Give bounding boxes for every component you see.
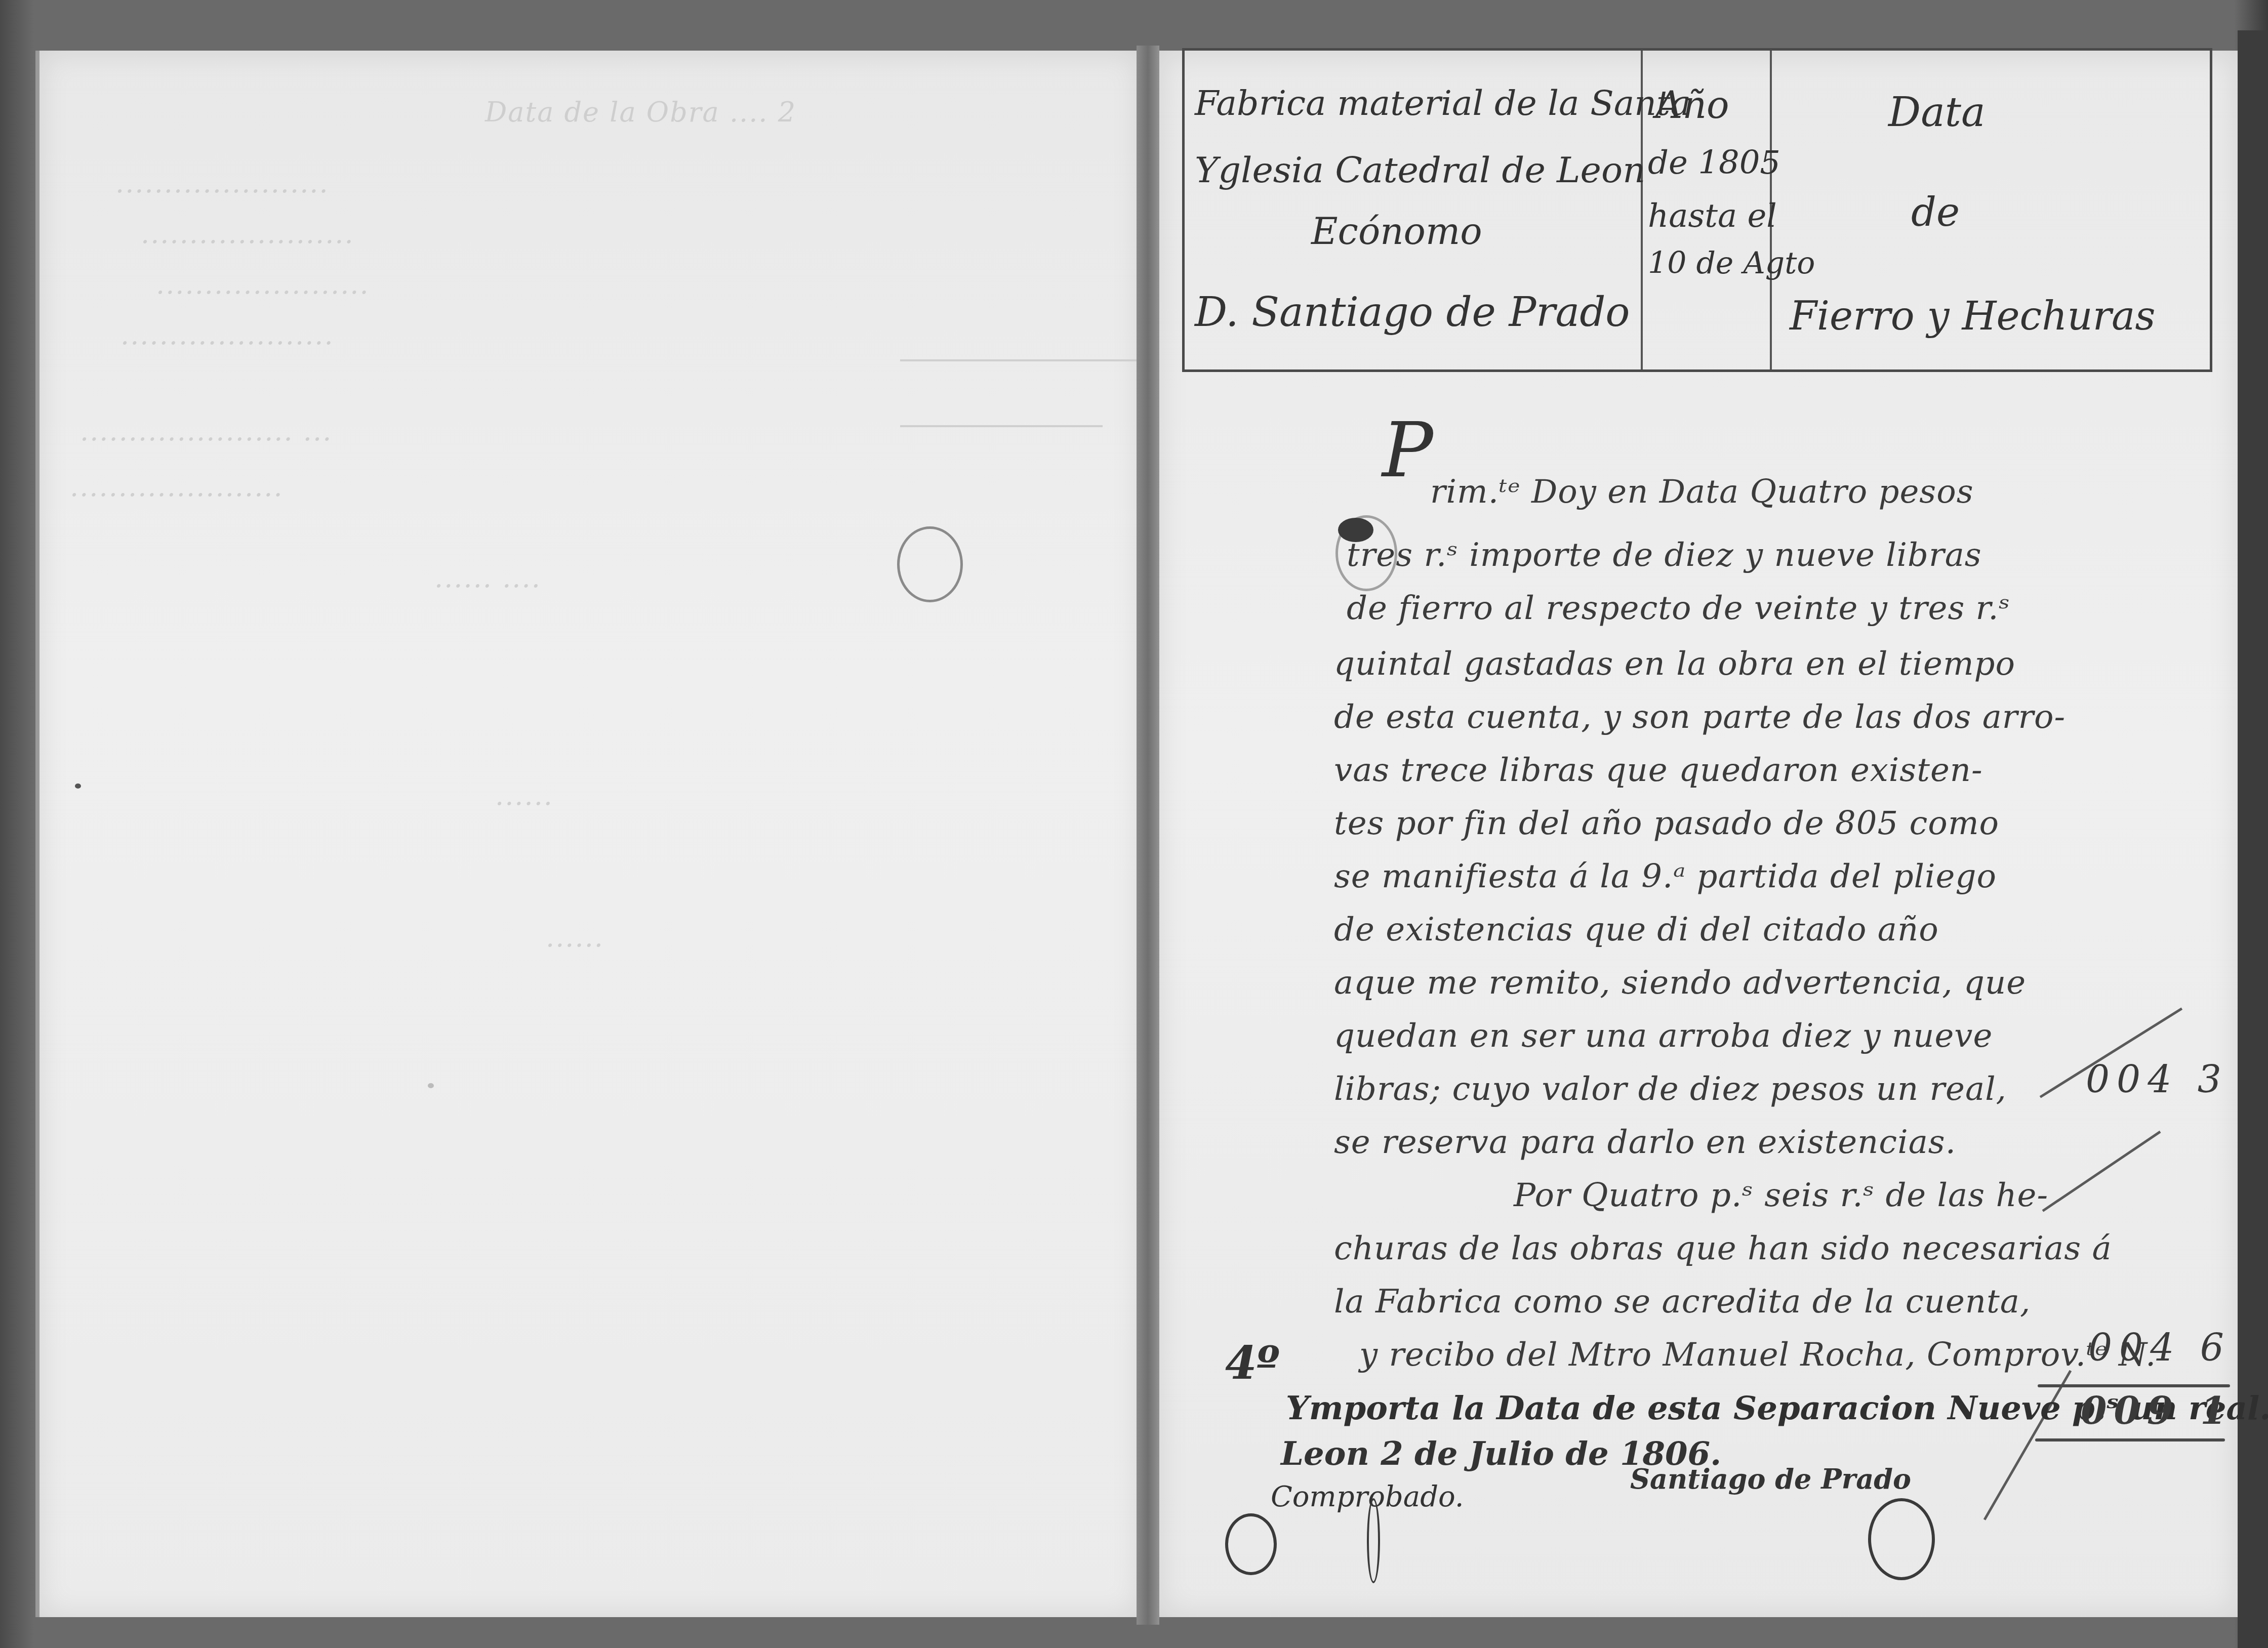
signature-rubric bbox=[1868, 1498, 1935, 1580]
period-line: hasta el bbox=[1648, 197, 1777, 235]
rubric-flourish bbox=[1225, 1513, 1277, 1575]
entry-1-line: de fierro al respecto de veinte y tres r… bbox=[1347, 590, 2010, 627]
signature: Santiago de Prado bbox=[1630, 1463, 1911, 1495]
entry-1-line: tres r.ˢ importe de diez y nueve libras bbox=[1347, 537, 1982, 574]
entry-2-line: churas de las obras que han sido necesar… bbox=[1334, 1230, 2112, 1267]
entry-1-line: quintal gastadas en la obra en el tiempo bbox=[1334, 645, 2015, 683]
entry-1-line: libras; cuyo valor de diez pesos un real… bbox=[1334, 1070, 2007, 1108]
header-cell-period: Año de 1805 hasta el 10 de Agto bbox=[1643, 51, 1772, 369]
institution-line: Fabrica material de la Santa bbox=[1195, 84, 1691, 123]
paper-hole-mark bbox=[897, 526, 963, 602]
section-title: Fierro y Hechuras bbox=[1790, 294, 2156, 339]
entry-1-line: de esta cuenta, y son parte de las dos a… bbox=[1334, 698, 2065, 736]
entry-1-line: vas trece libras que quedaron existen- bbox=[1334, 752, 1983, 789]
entry-1-line: quedan en ser una arroba diez y nueve bbox=[1334, 1017, 1993, 1055]
bleed-through-line: ...................... bbox=[156, 268, 370, 300]
entry-1-amount: 004 3 bbox=[2086, 1058, 2229, 1101]
bleed-through-line: ...... .... bbox=[434, 562, 541, 594]
total-rule bbox=[2035, 1438, 2225, 1441]
header-cell-institution: Fabrica material de la Santa Yglesia Cat… bbox=[1185, 51, 1643, 369]
bleed-through-line: Data de la Obra .... 2 bbox=[485, 96, 796, 128]
bleed-through-line: ...................... bbox=[141, 218, 354, 250]
institution-line: Yglesia Catedral de Leon bbox=[1195, 149, 1645, 191]
verification-note: Comprobado. bbox=[1271, 1480, 1464, 1513]
bleed-through-line: ...... bbox=[495, 779, 553, 811]
total-amount: 009 1 bbox=[2081, 1389, 2234, 1433]
section-title: Data bbox=[1888, 89, 1986, 136]
bleed-through-line: ...... bbox=[546, 921, 604, 953]
entry-2-amount: 004 6 bbox=[2088, 1326, 2231, 1370]
left-page: Data de la Obra .... 2 .................… bbox=[35, 51, 1141, 1617]
entry-margin-number: 4º bbox=[1225, 1336, 1280, 1390]
entry-1-line: se manifiesta á la 9.ᵃ partida del plieg… bbox=[1334, 858, 1997, 895]
entry-1-line: de existencias que di del citado año bbox=[1334, 911, 1939, 949]
entry-1-line: aque me remito, siendo advertencia, que bbox=[1334, 964, 2026, 1002]
entry-1-line: rim.ᵗᵉ Doy en Data Quatro pesos bbox=[1430, 473, 1974, 511]
entry-1-line: se reserva para darlo en existencias. bbox=[1334, 1124, 1956, 1161]
header-cell-section: Data de Fierro y Hechuras bbox=[1772, 51, 2210, 369]
ink-speck bbox=[428, 1083, 434, 1088]
section-title: de bbox=[1911, 190, 1960, 235]
bleed-through-rule bbox=[900, 425, 1103, 427]
period-line: de 1805 bbox=[1648, 144, 1780, 182]
entry-2-line: y recibo del Mtro Manuel Rocha, Comprov.… bbox=[1359, 1336, 2156, 1374]
entry-initial: P bbox=[1382, 413, 1433, 488]
officer-name: D. Santiago de Prado bbox=[1195, 289, 1630, 336]
sum-rule bbox=[2038, 1384, 2230, 1387]
entry-2-line: Por Quatro p.ˢ seis r.ˢ de las he- bbox=[1514, 1177, 2048, 1214]
bleed-through-line: ...................... bbox=[70, 471, 283, 503]
bleed-through-line: ...................... ... bbox=[80, 415, 332, 447]
office-title: Ecónomo bbox=[1311, 210, 1482, 253]
bleed-through-line: ...................... bbox=[120, 319, 334, 351]
book-gutter bbox=[1137, 46, 1159, 1625]
entry-1-line: tes por fin del año pasado de 805 como bbox=[1334, 805, 1999, 842]
period-line: Año bbox=[1655, 84, 1729, 127]
bleed-through-line: ...................... bbox=[115, 167, 329, 199]
ink-speck bbox=[75, 784, 81, 789]
ledger-header-table: Fabrica material de la Santa Yglesia Cat… bbox=[1182, 48, 2212, 372]
rubric-flourish bbox=[1367, 1498, 1380, 1583]
entry-2-line: la Fabrica como se acredita de la cuenta… bbox=[1334, 1283, 2031, 1321]
bleed-through-rule bbox=[900, 359, 1153, 361]
